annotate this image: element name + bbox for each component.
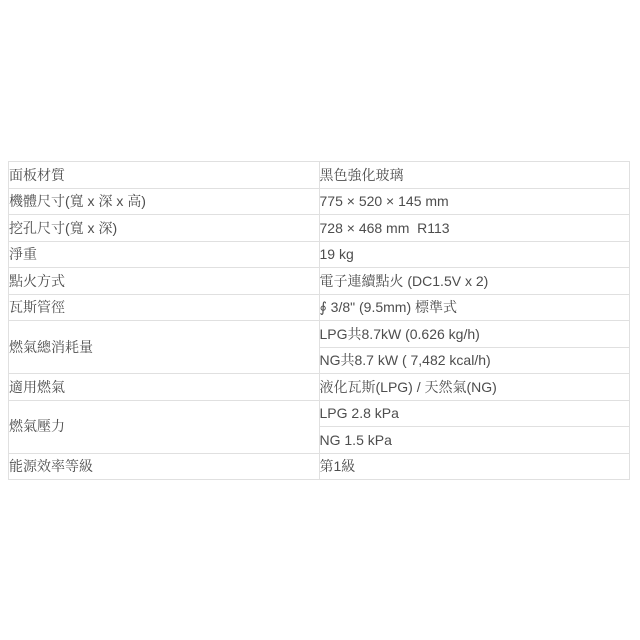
spec-label-total-gas-consumption: 燃氣總消耗量: [9, 321, 320, 374]
spec-value-ignition-type: 電子連續點火 (DC1.5V x 2): [319, 268, 630, 295]
spec-value-net-weight: 19 kg: [319, 241, 630, 268]
spec-value-panel-material: 黑色強化玻璃: [319, 162, 630, 189]
table-row: 能源效率等級 第1級: [9, 453, 630, 480]
table-row: 機體尺寸(寬 x 深 x 高) 775 × 520 × 145 mm: [9, 188, 630, 215]
table-row: 淨重 19 kg: [9, 241, 630, 268]
spec-label-applicable-gas: 適用燃氣: [9, 374, 320, 401]
table-row: 適用燃氣 液化瓦斯(LPG) / 天然氣(NG): [9, 374, 630, 401]
spec-label-body-dimensions: 機體尺寸(寬 x 深 x 高): [9, 188, 320, 215]
spec-label-gas-pipe-diameter: 瓦斯管徑: [9, 294, 320, 321]
spec-value-gas-pressure-ng: NG 1.5 kPa: [319, 427, 630, 454]
table-row: 挖孔尺寸(寬 x 深) 728 × 468 mm R113: [9, 215, 630, 242]
spec-value-total-gas-consumption-lpg: LPG共8.7kW (0.626 kg/h): [319, 321, 630, 348]
table-row: 點火方式 電子連續點火 (DC1.5V x 2): [9, 268, 630, 295]
spec-label-ignition-type: 點火方式: [9, 268, 320, 295]
spec-value-gas-pipe-diameter: ∮ 3/8" (9.5mm) 標準式: [319, 294, 630, 321]
spec-label-panel-material: 面板材質: [9, 162, 320, 189]
spec-value-applicable-gas: 液化瓦斯(LPG) / 天然氣(NG): [319, 374, 630, 401]
spec-value-cutout-dimensions: 728 × 468 mm R113: [319, 215, 630, 242]
spec-label-gas-pressure: 燃氣壓力: [9, 400, 320, 453]
product-spec-page: 面板材質 黑色強化玻璃 機體尺寸(寬 x 深 x 高) 775 × 520 × …: [0, 0, 640, 640]
spec-label-net-weight: 淨重: [9, 241, 320, 268]
table-row: 燃氣壓力 LPG 2.8 kPa: [9, 400, 630, 427]
spec-value-total-gas-consumption-ng: NG共8.7 kW ( 7,482 kcal/h): [319, 347, 630, 374]
spec-label-energy-efficiency-grade: 能源效率等級: [9, 453, 320, 480]
spec-value-gas-pressure-lpg: LPG 2.8 kPa: [319, 400, 630, 427]
spec-label-cutout-dimensions: 挖孔尺寸(寬 x 深): [9, 215, 320, 242]
spec-value-energy-efficiency-grade: 第1級: [319, 453, 630, 480]
spec-value-body-dimensions: 775 × 520 × 145 mm: [319, 188, 630, 215]
spec-table: 面板材質 黑色強化玻璃 機體尺寸(寬 x 深 x 高) 775 × 520 × …: [8, 161, 630, 480]
table-row: 瓦斯管徑 ∮ 3/8" (9.5mm) 標準式: [9, 294, 630, 321]
table-row: 燃氣總消耗量 LPG共8.7kW (0.626 kg/h): [9, 321, 630, 348]
table-row: 面板材質 黑色強化玻璃: [9, 162, 630, 189]
